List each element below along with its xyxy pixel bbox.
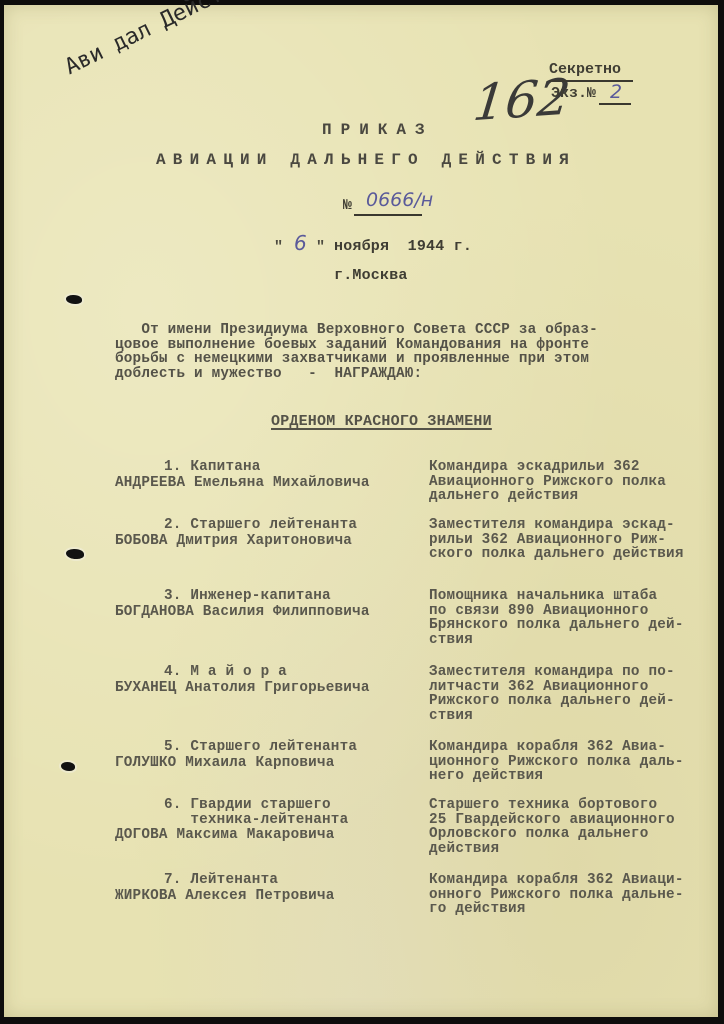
awardee-name: АНДРЕЕВА Емельяна Михайловича [115, 475, 370, 491]
awardee-rank: 6. Гвардии старшего техника-лейтенанта [164, 798, 348, 827]
awardee-name: ДОГОВА Максима Макаровича [115, 827, 335, 843]
awardee-rank: 4. М а й о р а [164, 665, 287, 680]
punch-hole [66, 295, 82, 304]
awardee-rank: 5. Старшего лейтенанта [164, 740, 357, 755]
underline [354, 214, 422, 216]
date-quote-open: " [274, 239, 283, 256]
copy-number: 2 [610, 81, 622, 103]
awardee-name: ГОЛУШКО Михаила Карповича [115, 755, 335, 771]
awardee-name: БУХАНЕЦ Анатолия Григорьевича [115, 680, 370, 696]
preamble: От имени Президиума Верховного Совета СС… [115, 323, 598, 381]
awardee-position: Помощника начальника штаба по связи 890 … [429, 589, 684, 647]
underline [599, 103, 631, 105]
document-page: Ави дал Дейст 162 Секретно Экз.№ 2 ПРИКА… [4, 5, 718, 1017]
awardee-position: Командира корабля 362 Авиаци- онного Риж… [429, 873, 684, 917]
awardee-position: Командира эскадрильи 362 Авиационного Ри… [429, 460, 666, 504]
awardee-name: БОБОВА Дмитрия Харитоновича [115, 533, 352, 549]
awardee-rank: 2. Старшего лейтенанта [164, 518, 357, 533]
classification-label: Секретно [549, 61, 621, 78]
punch-hole [66, 549, 84, 559]
awardee-name: ЖИРКОВА Алексея Петровича [115, 888, 335, 904]
organization-stamp: Ави дал Дейст [61, 0, 227, 80]
awardee-rank: 7. Лейтенанта [164, 873, 278, 888]
awardee-rank: 1. Капитана [164, 460, 261, 475]
awardee-name: БОГДАНОВА Василия Филипповича [115, 604, 370, 620]
awardee-position: Заместителя командира эскад- рильи 362 А… [429, 518, 684, 562]
document-title: ПРИКАЗ [322, 121, 434, 139]
date-day: 6 [294, 231, 307, 255]
awardee-rank: 3. Инженер-капитана [164, 589, 331, 604]
awardee-position: Командира корабля 362 Авиа- ционного Риж… [429, 740, 684, 784]
document-subtitle: АВИАЦИИ ДАЛЬНЕГО ДЕЙСТВИЯ [156, 151, 576, 169]
date-quote-close: " [316, 239, 325, 256]
award-heading: ОРДЕНОМ КРАСНОГО ЗНАМЕНИ [271, 413, 492, 430]
order-number-label: № [343, 197, 352, 214]
copy-label: Экз.№ [551, 85, 596, 102]
order-number: 0666/н [366, 189, 433, 211]
city: г.Москва [334, 267, 408, 284]
date-month-year: ноября 1944 г. [334, 238, 472, 255]
awardee-position: Старшего техника бортового 25 Гвардейско… [429, 798, 675, 856]
awardee-position: Заместителя командира по по- литчасти 36… [429, 665, 675, 723]
punch-hole [61, 762, 75, 771]
